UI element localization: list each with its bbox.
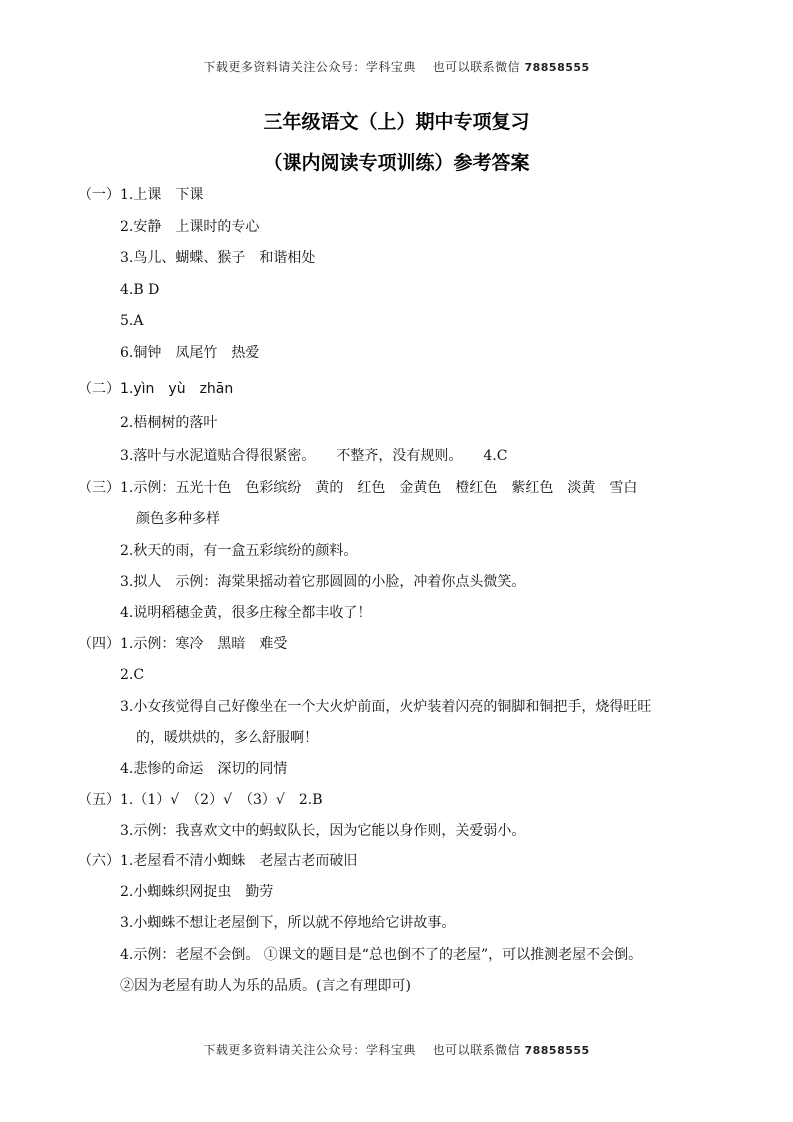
answer-line: 2.小蜘蛛织网捉虫 勤劳: [120, 883, 273, 901]
answer-line-continued: ②因为老屋有助人为乐的品质。(言之有理即可): [120, 977, 411, 995]
answer-line: 2.梧桐树的落叶: [120, 414, 217, 432]
answer-line: 3.拟人 示例：海棠果摇动着它那圆圆的小脸，冲着你点头微笑。: [120, 573, 525, 591]
section-label: （二）: [78, 380, 120, 398]
footer-promo-text: 下载更多资料请关注公众号：学科宝典 也可以联系微信: [203, 1043, 524, 1057]
answer-line: 1.老屋看不清小蜘蛛 老屋古老而破旧: [120, 852, 357, 870]
answer-line: 2.秋天的雨，有一盒五彩缤纷的颜料。: [120, 542, 357, 560]
footer-promo-note: 下载更多资料请关注公众号：学科宝典 也可以联系微信 78858555: [0, 1041, 793, 1058]
answer-line-pinyin: 1.yìn yù zhān: [120, 380, 233, 398]
document-title: 三年级语文（上）期中专项复习: [0, 107, 793, 134]
answer-line-continued: 颜色多种多样: [136, 510, 220, 528]
answer-line: 1.（1）√ （2）√ （3）√ 2.B: [120, 791, 323, 809]
answer-line-continued: 的，暖烘烘的，多么舒服啊！: [136, 729, 318, 747]
answer-line: 4.说明稻穗金黄，很多庄稼全都丰收了！: [120, 604, 371, 622]
answer-line: 4.悲惨的命运 深切的同情: [120, 760, 287, 778]
document-subtitle: （课内阅读专项训练）参考答案: [0, 148, 793, 175]
section-label: （三）: [78, 479, 120, 497]
header-promo-text: 下载更多资料请关注公众号：学科宝典 也可以联系微信: [203, 60, 524, 74]
section-label: （四）: [78, 635, 120, 653]
header-promo-note: 下载更多资料请关注公众号：学科宝典 也可以联系微信 78858555: [0, 58, 793, 75]
answer-line: 3.小女孩觉得自己好像坐在一个大火炉前面，火炉装着闪亮的铜脚和铜把手，烧得旺旺: [120, 698, 651, 716]
answer-line: 2.安静 上课时的专心: [120, 218, 259, 236]
answer-line: 6.铜钟 凤尾竹 热爱: [120, 344, 259, 362]
section-label: （五）: [78, 791, 120, 809]
answer-line: 1.示例：寒冷 黑暗 难受: [120, 635, 287, 653]
answer-line: 3.落叶与水泥道贴合得很紧密。 不整齐，没有规则。 4.C: [120, 447, 507, 465]
answer-line: 4.示例：老屋不会倒。 ①课文的题目是“总也倒不了的老屋”，可以推测老屋不会倒。: [120, 946, 642, 964]
answer-line: 1.示例：五光十色 色彩缤纷 黄的 红色 金黄色 橙红色 紫红色 淡黄 雪白: [120, 479, 637, 497]
answer-line: 3.鸟儿、蝴蝶、猴子 和谐相处: [120, 249, 315, 267]
answer-line: 2.C: [120, 666, 144, 684]
answer-line: 1.上课 下课: [120, 186, 203, 204]
header-wechat-number: 78858555: [524, 61, 589, 74]
answer-line: 3.示例：我喜欢文中的蚂蚁队长，因为它能以身作则，关爱弱小。: [120, 822, 525, 840]
answer-line: 4.B D: [120, 281, 159, 299]
footer-wechat-number: 78858555: [524, 1044, 589, 1057]
section-label: （一）: [78, 186, 120, 204]
answer-line: 5.A: [120, 312, 143, 330]
section-label: （六）: [78, 852, 120, 870]
answer-line: 3.小蜘蛛不想让老屋倒下，所以就不停地给它讲故事。: [120, 914, 455, 932]
